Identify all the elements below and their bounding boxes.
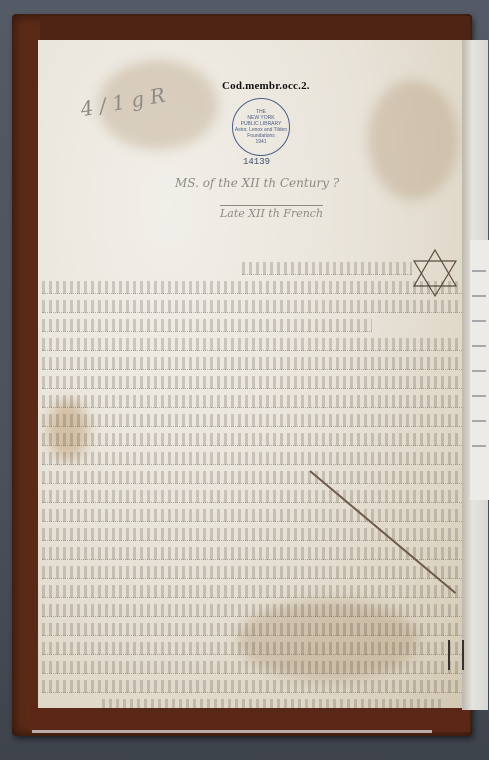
page-edge-highlight [32, 730, 432, 733]
pencil-note-french: Late XII th French [220, 205, 323, 220]
typed-line [472, 295, 486, 297]
typed-line [472, 345, 486, 347]
text-line [42, 433, 462, 446]
accession-number: 14139 [243, 157, 270, 167]
library-stamp: THE NEW YORK PUBLIC LIBRARY Astor, Lenox… [232, 98, 290, 156]
text-line [42, 661, 462, 674]
text-line [242, 262, 412, 275]
typed-insert-slip [470, 240, 489, 500]
text-line [42, 376, 462, 389]
text-line [42, 319, 372, 332]
typed-line [472, 395, 486, 397]
pencil-note-century: MS. of the XII th Century ? [175, 176, 339, 190]
text-line [42, 357, 462, 370]
text-line [42, 414, 462, 427]
typed-line [472, 445, 486, 447]
handwritten-text-block [42, 262, 462, 718]
stamp-line: 1941 [233, 139, 289, 145]
typed-line [472, 370, 486, 372]
text-line [42, 623, 462, 636]
text-line [42, 281, 462, 294]
text-line [42, 509, 462, 522]
text-line [42, 471, 462, 484]
text-line [42, 528, 462, 541]
stain [368, 80, 458, 200]
typed-line [472, 270, 486, 272]
text-line [42, 604, 462, 617]
shelfmark-label: Cod.membr.occ.2. [222, 80, 310, 92]
text-line [42, 680, 462, 693]
text-line [42, 338, 462, 351]
text-line [102, 699, 442, 712]
text-line [42, 566, 462, 579]
text-line [42, 300, 462, 313]
typed-line [472, 320, 486, 322]
text-line [42, 452, 462, 465]
text-line [42, 490, 462, 503]
binding-top-edge [40, 16, 470, 40]
typed-line [472, 420, 486, 422]
text-line [42, 547, 462, 560]
text-line [42, 395, 462, 408]
text-line [42, 585, 462, 598]
margin-marks [448, 640, 464, 670]
text-line [42, 642, 462, 655]
